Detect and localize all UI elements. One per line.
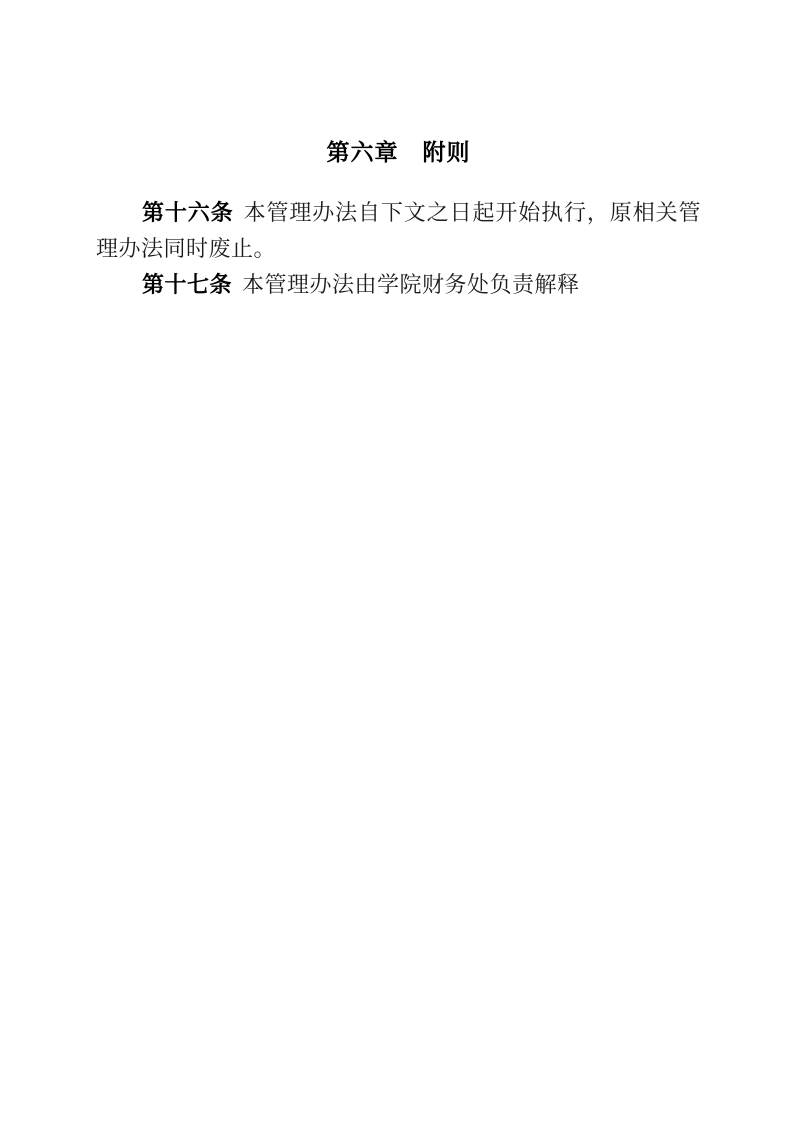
article-16-paragraph: 第十六条本管理办法自下文之日起开始执行，原相关管理办法同时废止。 <box>96 195 701 267</box>
article-16-number: 第十六条 <box>142 200 234 225</box>
document-content: 第六章 附则 第十六条本管理办法自下文之日起开始执行，原相关管理办法同时废止。 … <box>96 140 701 303</box>
chapter-heading: 第六章 附则 <box>96 140 701 165</box>
article-17-paragraph: 第十七条本管理办法由学院财务处负责解释 <box>96 267 701 303</box>
document-page: 第六章 附则 第十六条本管理办法自下文之日起开始执行，原相关管理办法同时废止。 … <box>0 0 793 1122</box>
article-17-text: 本管理办法由学院财务处负责解释 <box>242 272 580 297</box>
article-17-number: 第十七条 <box>142 272 232 297</box>
